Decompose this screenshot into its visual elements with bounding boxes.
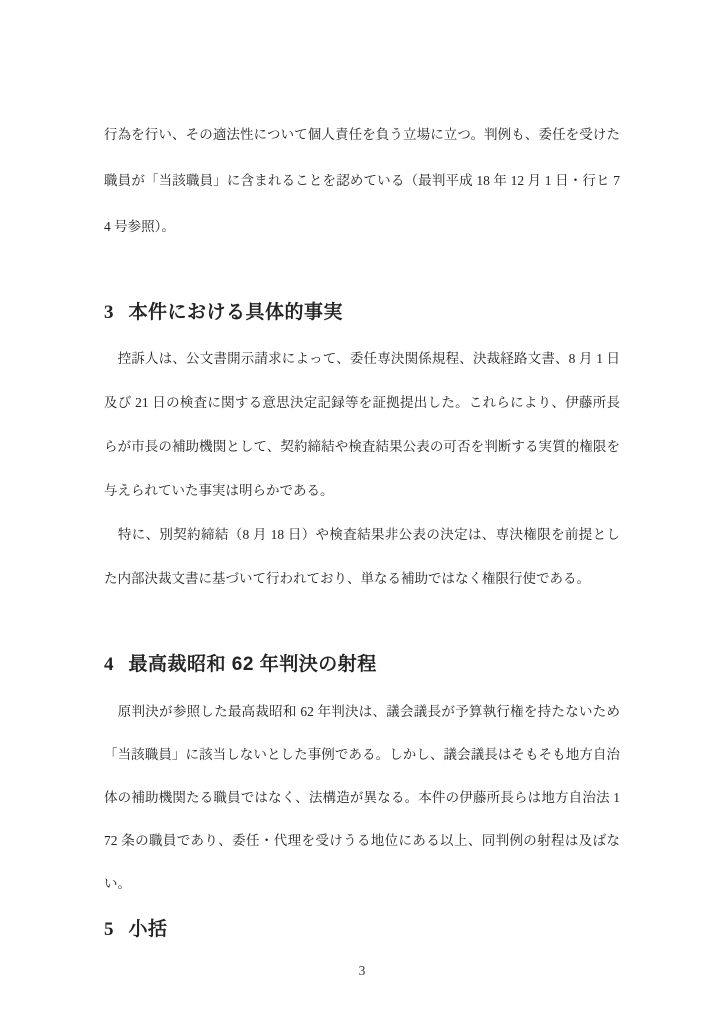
section-5-heading: 5小括 xyxy=(104,915,620,945)
section-3-title: 本件における具体的事実 xyxy=(129,302,344,323)
section-3-number: 3 xyxy=(104,302,114,323)
section-3-paragraph-1: 控訴人は、公文書開示請求によって、委任専決関係規程、決裁経路文書、8 月 1 日… xyxy=(104,337,620,513)
section-4-paragraph-1: 原判決が参照した最高裁昭和 62 年判決は、議会議長が予算執行権を持たないため「… xyxy=(104,690,620,905)
page-number: 3 xyxy=(104,961,620,981)
intro-paragraph: 行為を行い、その適法性について個人責任を負う立場に立つ。判例も、委任を受けた職員… xyxy=(104,112,620,250)
text-block: 行為を行い、その適法性について個人責任を負う立場に立つ。判例も、委任を受けた職員… xyxy=(0,0,724,981)
section-3-heading: 3本件における具体的事実 xyxy=(104,298,620,328)
section-3-paragraph-2: 特に、別契約締結（8 月 18 日）や検査結果非公表の決定は、専決権限を前提とし… xyxy=(104,513,620,601)
section-4-number: 4 xyxy=(104,654,114,675)
section-5-number: 5 xyxy=(104,919,114,940)
section-5-title: 小括 xyxy=(129,919,168,940)
section-4-title: 最高裁昭和 62 年判決の射程 xyxy=(129,654,377,675)
section-4-heading: 4最高裁昭和 62 年判決の射程 xyxy=(104,650,620,680)
document-page: 行為を行い、その適法性について個人責任を負う立場に立つ。判例も、委任を受けた職員… xyxy=(0,0,724,1024)
